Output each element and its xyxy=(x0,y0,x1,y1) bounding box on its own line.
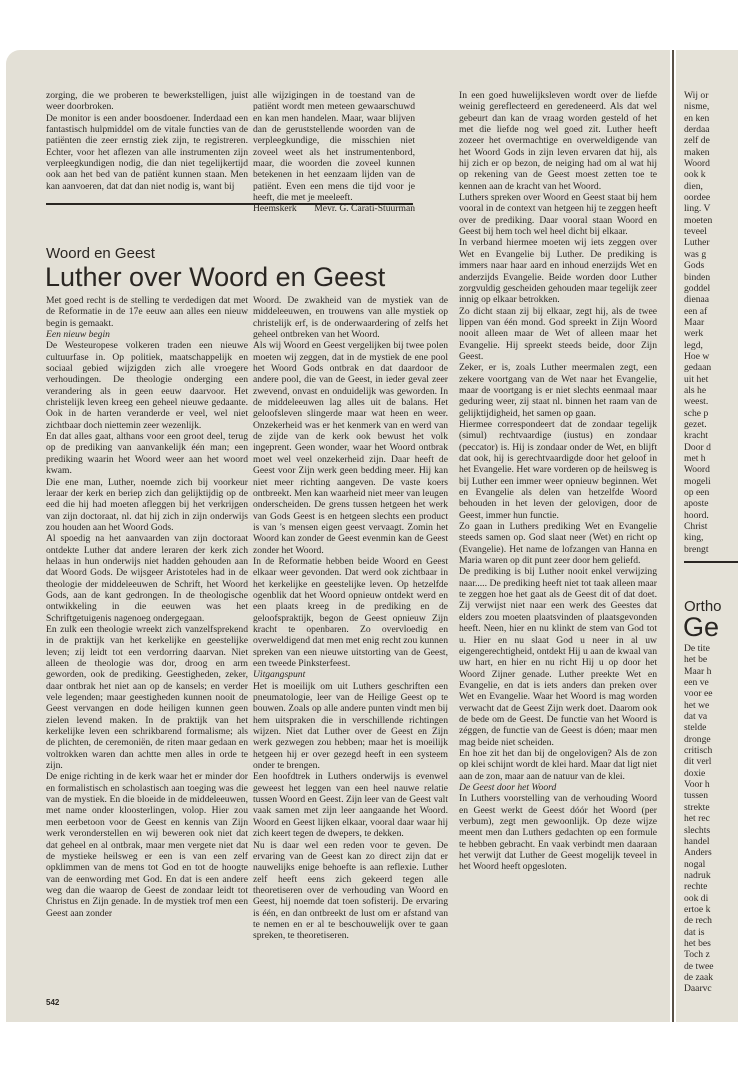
facing-page-line: het rec xyxy=(684,813,738,824)
article-paragraph: Een hoofdtrek in Luthers onderwijs is ev… xyxy=(253,771,448,839)
article-paragraph: En hoe zit het dan bij de ongelovigen? A… xyxy=(459,748,657,782)
facing-page-line: Christ xyxy=(684,521,738,532)
facing-page-line: teveel xyxy=(684,226,738,237)
article-paragraph: En zulk een theologie wreekt zich vanzel… xyxy=(46,624,248,771)
article-paragraph: De prediking is bij Luther nooit enkel v… xyxy=(459,566,657,748)
facing-page-line: Luther xyxy=(684,237,738,248)
article-kicker: Woord en Geest xyxy=(46,245,155,262)
facing-page-line: ook di xyxy=(684,893,738,904)
article-paragraph: Al spoedig na het aanvaarden van zijn do… xyxy=(46,533,248,624)
facing-page-line: legd, xyxy=(684,340,738,351)
facing-page-rule xyxy=(684,561,738,563)
facing-page-line: dat is xyxy=(684,927,738,938)
facing-page-line: Woord xyxy=(684,464,738,475)
article-paragraph: In verband hiermee moeten wij iets zegge… xyxy=(459,237,657,305)
facing-page-line: Voor h xyxy=(684,779,738,790)
facing-page-line: werk xyxy=(684,328,738,339)
facing-page-line: het be xyxy=(684,654,738,665)
letter-column-2: alle wijzigingen in de toestand van de p… xyxy=(253,90,415,215)
facing-page-line: zelf de xyxy=(684,135,738,146)
facing-page-line: Door d xyxy=(684,442,738,453)
facing-page-line: dit verl xyxy=(684,756,738,767)
facing-page-line: slechts xyxy=(684,825,738,836)
signature-place: Heemskerk xyxy=(253,203,297,214)
facing-page-line: Daarvc xyxy=(684,983,738,994)
facing-page-line: de twee xyxy=(684,961,738,972)
facing-page-line: binden xyxy=(684,272,738,283)
facing-page-line: mogeli xyxy=(684,476,738,487)
facing-page-line: king, xyxy=(684,532,738,543)
facing-page-line: weest. xyxy=(684,396,738,407)
facing-page-line: gezet. xyxy=(684,419,738,430)
letter-paragraph: alle wijzigingen in de toestand van de p… xyxy=(253,90,415,203)
facing-page-column-top: Wij ornisme,en kenderdaazelf demakenWoor… xyxy=(684,90,738,555)
facing-page-line: Woord xyxy=(684,158,738,169)
facing-page-line: Gods xyxy=(684,260,738,271)
letter-signature: Heemskerk Mevr. G. Carati-Stuurman xyxy=(253,203,415,214)
facing-page-line: de rech xyxy=(684,915,738,926)
facing-page-line: rechte xyxy=(684,881,738,892)
facing-page-line: strekte xyxy=(684,802,738,813)
article-paragraph: Woord. De zwakheid van de mystiek van de… xyxy=(253,295,448,340)
facing-page-line: De tite xyxy=(684,643,738,654)
facing-page-line: uit het xyxy=(684,374,738,385)
facing-page-line: de zaak xyxy=(684,972,738,983)
page-spine xyxy=(672,50,674,1022)
facing-page-headline: Ge xyxy=(683,612,738,643)
article-paragraph: In een goed huwelijksleven wordt over de… xyxy=(459,90,657,192)
facing-page-line: op een xyxy=(684,487,738,498)
facing-page-line: het bes xyxy=(684,938,738,949)
facing-page-column-bottom: De titehet beMaar heen vevoor eehet weda… xyxy=(684,643,738,995)
facing-page-line: Wij or xyxy=(684,90,738,101)
article-paragraph: Nu is daar wel een reden voor te geven. … xyxy=(253,840,448,942)
article-intro: Met goed recht is de stelling te verdedi… xyxy=(46,295,248,329)
letter-end-rule xyxy=(46,203,413,205)
facing-page-line: maken xyxy=(684,147,738,158)
facing-page-line: ertoe k xyxy=(684,904,738,915)
article-paragraph: Die ene man, Luther, noemde zich bij voo… xyxy=(46,477,248,534)
facing-page-line: Maar h xyxy=(684,666,738,677)
article-paragraph: Zo gaan in Luthers prediking Wet en Evan… xyxy=(459,521,657,566)
facing-page-line: sche p xyxy=(684,408,738,419)
facing-page-line: oordee xyxy=(684,192,738,203)
facing-page-line: aposte xyxy=(684,498,738,509)
article-paragraph: In de Reformatie hebben beide Woord en G… xyxy=(253,556,448,669)
article-paragraph: Zo dicht staan zij bij elkaar, zegt hij,… xyxy=(459,306,657,363)
article-paragraph: En dat alles gaat, althans voor een groo… xyxy=(46,431,248,476)
facing-page-line: doxie xyxy=(684,768,738,779)
subheading: Een nieuw begin xyxy=(46,329,248,340)
article-paragraph: Het is moeilijk om uit Luthers geschrift… xyxy=(253,681,448,772)
facing-page-line: stelde xyxy=(684,722,738,733)
facing-page-line: Toch z xyxy=(684,949,738,960)
facing-page-line: Maar xyxy=(684,317,738,328)
facing-page-line: critisch xyxy=(684,745,738,756)
facing-page-line: nisme, xyxy=(684,101,738,112)
facing-page-line: handel xyxy=(684,836,738,847)
facing-page-line: dienaa xyxy=(684,294,738,305)
facing-page-line: Hoe w xyxy=(684,351,738,362)
article-paragraph: De enige richting in de kerk waar het er… xyxy=(46,771,248,918)
facing-page-line: kracht xyxy=(684,430,738,441)
facing-page-line: dronge xyxy=(684,734,738,745)
facing-page-line: het we xyxy=(684,700,738,711)
facing-page-line: een af xyxy=(684,306,738,317)
article-headline: Luther over Woord en Geest xyxy=(45,262,385,293)
facing-page-line: hoord. xyxy=(684,510,738,521)
facing-page-line: ling. V xyxy=(684,203,738,214)
article-paragraph: De Westeuropese volkeren traden een nieu… xyxy=(46,340,248,431)
facing-page-line: was g xyxy=(684,249,738,260)
signature-name: Mevr. G. Carati-Stuurman xyxy=(314,203,415,214)
article-column-1: Met goed recht is de stelling te verdedi… xyxy=(46,295,248,919)
facing-page-line: dat va xyxy=(684,711,738,722)
facing-page-line: voor ee xyxy=(684,688,738,699)
article-paragraph: Als wij Woord en Geest vergelijken bij t… xyxy=(253,340,448,556)
facing-page-line: met h xyxy=(684,453,738,464)
article-paragraph: In Luthers voorstelling van de verhoudin… xyxy=(459,793,657,872)
subheading: Uitgangspunt xyxy=(253,669,448,680)
facing-page-line: Anders xyxy=(684,847,738,858)
facing-page-line: tussen xyxy=(684,790,738,801)
facing-page-line: moeten xyxy=(684,215,738,226)
facing-page-line: een ve xyxy=(684,677,738,688)
article-paragraph: Hiermee correspondeert dat de zondaar te… xyxy=(459,419,657,521)
facing-page-line: en ken xyxy=(684,113,738,124)
facing-page-line: nogal xyxy=(684,859,738,870)
letter-paragraph: De monitor is een ander boosdoener. Inde… xyxy=(46,113,248,192)
subheading: De Geest door het Woord xyxy=(459,782,657,793)
facing-page-line: gedaan xyxy=(684,362,738,373)
facing-page-line: als he xyxy=(684,385,738,396)
facing-page-line: ook k xyxy=(684,169,738,180)
facing-page-line: nadruk xyxy=(684,870,738,881)
article-column-3: In een goed huwelijksleven wordt over de… xyxy=(459,90,657,873)
facing-page-line: derdaa xyxy=(684,124,738,135)
facing-page-line: dien, xyxy=(684,181,738,192)
article-paragraph: Luthers spreken over Woord en Geest staa… xyxy=(459,192,657,237)
letter-paragraph: zorging, die we proberen te bewerkstelli… xyxy=(46,90,248,113)
facing-page-line: brengt xyxy=(684,544,738,555)
article-paragraph: Zeker, er is, zoals Luther meermalen zeg… xyxy=(459,362,657,419)
article-column-2: Woord. De zwakheid van de mystiek van de… xyxy=(253,295,448,942)
letter-column-1: zorging, die we proberen te bewerkstelli… xyxy=(46,90,248,192)
page-number: 542 xyxy=(46,998,59,1007)
facing-page-line: goddel xyxy=(684,283,738,294)
